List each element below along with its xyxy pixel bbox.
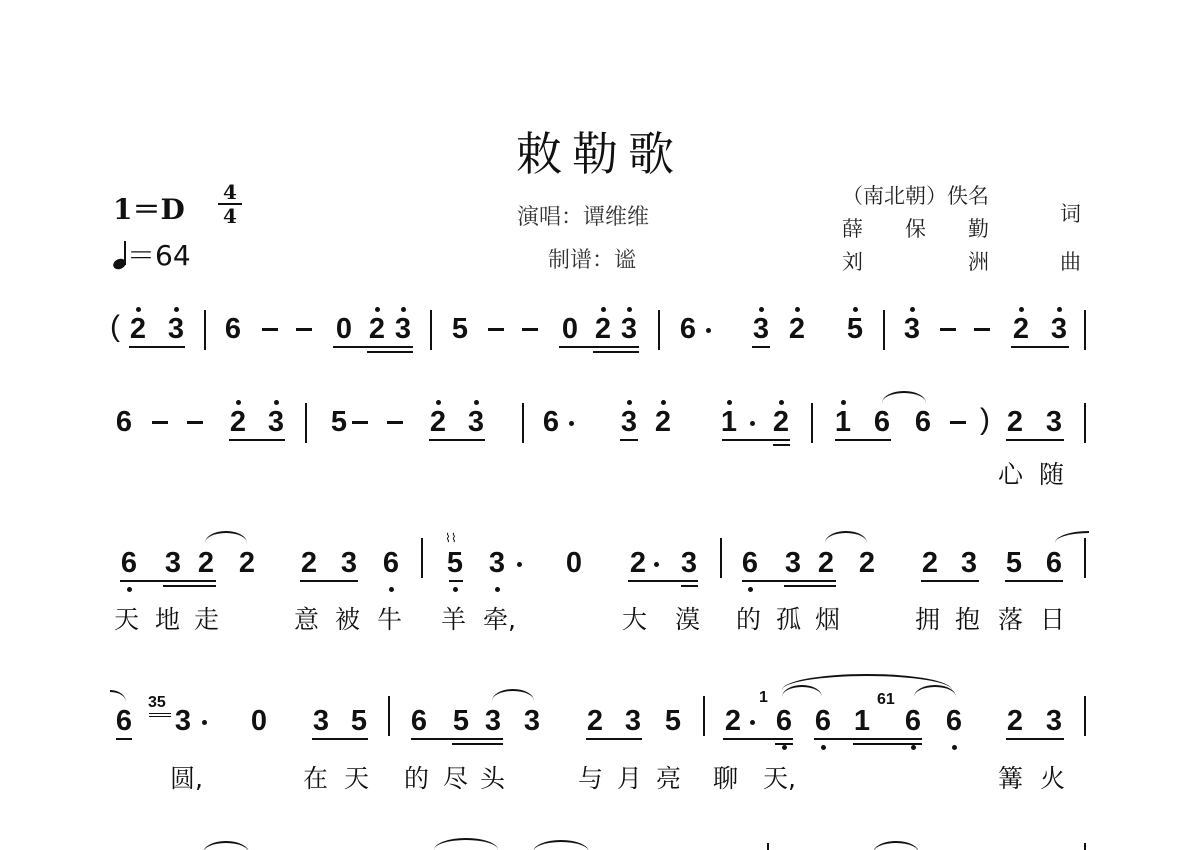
note: 6 [408, 706, 430, 736]
lyric: 圆, [170, 765, 203, 793]
note: 3 [1043, 706, 1065, 736]
note: 6 [812, 706, 834, 736]
note: 2 [722, 706, 744, 736]
note: 6 [380, 548, 402, 578]
lyric: 天 [344, 765, 369, 793]
lyric: 漠 [675, 606, 700, 634]
underline [723, 738, 793, 740]
note: 3 [521, 706, 543, 736]
note: 3 [782, 548, 804, 578]
note: 2 [1004, 706, 1026, 736]
lyric: 心 [998, 461, 1023, 489]
barline [421, 538, 423, 578]
underline [921, 580, 979, 582]
tie-continued [110, 690, 126, 702]
extension-dash [352, 421, 368, 424]
slur [434, 838, 498, 850]
note: 6 [677, 314, 699, 344]
extension-dash [296, 328, 312, 331]
grace-underline [149, 716, 171, 717]
underline [452, 743, 503, 745]
underline [559, 346, 639, 348]
tempo-marking: ＝64 [113, 234, 191, 274]
extension-dash [152, 421, 168, 424]
note: 6 [739, 548, 761, 578]
underline [620, 439, 638, 441]
composer-name: 刘 洲 [842, 246, 989, 276]
note: 3 [958, 548, 980, 578]
time-sig-bottom: 4 [218, 206, 242, 226]
barline [388, 696, 390, 736]
note: 3 [750, 314, 772, 344]
extension-dash [950, 421, 966, 424]
lyric: 在 [303, 765, 328, 793]
augmentation-dot [202, 720, 207, 725]
note: 5 [662, 706, 684, 736]
lyric: 抱 [955, 606, 980, 634]
underline [722, 439, 790, 441]
extension-dash [940, 328, 956, 331]
transcriber-credit: 制谱：谧 [548, 243, 636, 274]
note: 3 [310, 706, 332, 736]
lyric: 亮 [656, 765, 681, 793]
note: 5 [328, 407, 350, 437]
tie [492, 689, 534, 701]
barline [811, 403, 813, 443]
note: 3 [618, 407, 640, 437]
tie [203, 841, 249, 850]
lyric: 的 [736, 606, 761, 634]
note: 6 [912, 407, 934, 437]
close-paren: ) [980, 405, 990, 435]
note: 3 [901, 314, 923, 344]
note: 3 [172, 706, 194, 736]
underline [1005, 580, 1063, 582]
note: 2 [919, 548, 941, 578]
tie [205, 531, 247, 543]
note: 2 [770, 407, 792, 437]
augmentation-dot [517, 562, 522, 567]
tempo-value: ＝64 [127, 239, 191, 272]
grace-notes: 61 [877, 692, 895, 708]
underline [1011, 346, 1069, 348]
underline [681, 585, 698, 587]
underline [229, 439, 285, 441]
grace-note: 1 [759, 690, 768, 706]
note: 6 [902, 706, 924, 736]
lyric: 拥 [915, 606, 940, 634]
note: 0 [248, 706, 270, 736]
barline [1084, 843, 1086, 850]
note: 2 [427, 407, 449, 437]
barline [1084, 403, 1086, 443]
note: 2 [627, 548, 649, 578]
note: 2 [815, 548, 837, 578]
extension-dash [522, 328, 538, 331]
barline [883, 310, 885, 350]
note: 1 [832, 407, 854, 437]
underline [1006, 738, 1064, 740]
note: 1 [718, 407, 740, 437]
underline [628, 580, 698, 582]
grace-underline [149, 713, 171, 714]
barline [204, 310, 206, 350]
lyric: 篝 [998, 765, 1023, 793]
underline [784, 585, 836, 587]
extension-dash [974, 328, 990, 331]
note: 5 [444, 548, 466, 578]
augmentation-dot [750, 421, 755, 426]
underline [120, 580, 216, 582]
underline [429, 439, 485, 441]
barline [1084, 696, 1086, 736]
note: 3 [1043, 407, 1065, 437]
lyric: 聊 [713, 765, 738, 793]
barline [305, 403, 307, 443]
note: 1 [851, 706, 873, 736]
note: 3 [265, 407, 287, 437]
augmentation-dot [750, 720, 755, 725]
note: 3 [618, 314, 640, 344]
lyric: 火 [1040, 765, 1065, 793]
underline [312, 738, 368, 740]
tie [873, 841, 919, 850]
note: 0 [333, 314, 355, 344]
note: 6 [113, 407, 135, 437]
lyric: 大 [622, 606, 647, 634]
barline [522, 403, 524, 443]
note: 3 [465, 407, 487, 437]
underline [116, 738, 132, 740]
note: 2 [227, 407, 249, 437]
underline [773, 444, 790, 446]
note: 2 [1004, 407, 1026, 437]
note: 2 [856, 548, 878, 578]
note: 0 [559, 314, 581, 344]
note: 2 [786, 314, 808, 344]
note: 2 [298, 548, 320, 578]
note: 5 [449, 314, 471, 344]
note: 5 [450, 706, 472, 736]
lyric: 头 [480, 765, 505, 793]
extension-dash [187, 421, 203, 424]
note: 6 [871, 407, 893, 437]
lyric: 与 [578, 765, 603, 793]
slur [533, 840, 589, 850]
note: 2 [1010, 314, 1032, 344]
note: 3 [338, 548, 360, 578]
lyric: 被 [335, 606, 360, 634]
augmentation-dot [706, 328, 711, 333]
lyric: 地 [155, 606, 180, 634]
note: 2 [366, 314, 388, 344]
extension-dash [488, 328, 504, 331]
note: 5 [348, 706, 370, 736]
note: 3 [392, 314, 414, 344]
arranger-name: 薛 保 勤 [842, 213, 989, 243]
lyric: 落 [998, 606, 1023, 634]
barline [430, 310, 432, 350]
barline [1084, 310, 1086, 350]
song-title: 敕勒歌 [0, 118, 1200, 184]
barline [1084, 538, 1086, 578]
underline [853, 743, 922, 745]
underline [814, 738, 922, 740]
open-paren: ( [110, 312, 120, 342]
note: 2 [236, 548, 258, 578]
lyric: 牛 [377, 606, 402, 634]
note: 3 [486, 548, 508, 578]
note: 3 [1048, 314, 1070, 344]
augmentation-dot [654, 562, 659, 567]
note: 5 [1003, 548, 1025, 578]
note: 2 [592, 314, 614, 344]
mordent-ornament: ⌇⌇ [445, 532, 457, 544]
underline [752, 346, 770, 348]
lyric: 牵, [483, 606, 516, 634]
note: 6 [773, 706, 795, 736]
lyric: 尽 [443, 765, 468, 793]
underline [593, 351, 639, 353]
extension-dash [387, 421, 403, 424]
note: 3 [162, 548, 184, 578]
underline [300, 580, 358, 582]
lyric: 天 [114, 606, 139, 634]
augmentation-dot [569, 421, 574, 426]
note: 6 [113, 706, 135, 736]
lyric: 走 [194, 606, 219, 634]
lyric: 天, [763, 765, 796, 793]
tie [882, 391, 926, 403]
tie [825, 531, 867, 543]
note: 3 [622, 706, 644, 736]
underline [129, 346, 185, 348]
underline [775, 743, 793, 745]
barline [767, 843, 769, 850]
underline [163, 585, 216, 587]
note: 6 [943, 706, 965, 736]
lyric: 月 [617, 765, 642, 793]
underline [449, 580, 463, 582]
lyric: 羊 [441, 606, 466, 634]
underline [835, 439, 891, 441]
lyric: 的 [404, 765, 429, 793]
underline [367, 351, 413, 353]
note: 3 [678, 548, 700, 578]
performer-credit: 演唱：谭维维 [517, 200, 649, 231]
note: 6 [118, 548, 140, 578]
note: 3 [165, 314, 187, 344]
note: 2 [127, 314, 149, 344]
note: 5 [844, 314, 866, 344]
underline [1006, 439, 1064, 441]
time-sig-top: 4 [218, 182, 242, 202]
lyricist-origin: （南北朝）佚名 [842, 180, 989, 210]
note: 2 [584, 706, 606, 736]
note: 2 [652, 407, 674, 437]
note: 6 [1043, 548, 1065, 578]
barline [703, 696, 705, 736]
lyricist-label: 词 [1060, 198, 1081, 228]
note: 2 [195, 548, 217, 578]
note: 6 [540, 407, 562, 437]
barline [658, 310, 660, 350]
extension-dash [262, 328, 278, 331]
note: 6 [222, 314, 244, 344]
quarter-note-icon [113, 239, 127, 269]
underline [411, 738, 503, 740]
composer-label: 曲 [1060, 246, 1081, 276]
key-signature: 1＝D [113, 188, 185, 228]
lyric: 孤 [776, 606, 801, 634]
underline [333, 346, 413, 348]
lyric: 意 [294, 606, 319, 634]
grace-notes: 35 [148, 695, 166, 711]
note: 3 [482, 706, 504, 736]
lyric: 随 [1039, 461, 1064, 489]
barline [720, 538, 722, 578]
underline [586, 738, 642, 740]
underline [742, 580, 836, 582]
lyric: 日 [1040, 606, 1065, 634]
time-signature: 4 4 [218, 182, 242, 226]
note: 0 [563, 548, 585, 578]
lyric: 烟 [815, 606, 840, 634]
